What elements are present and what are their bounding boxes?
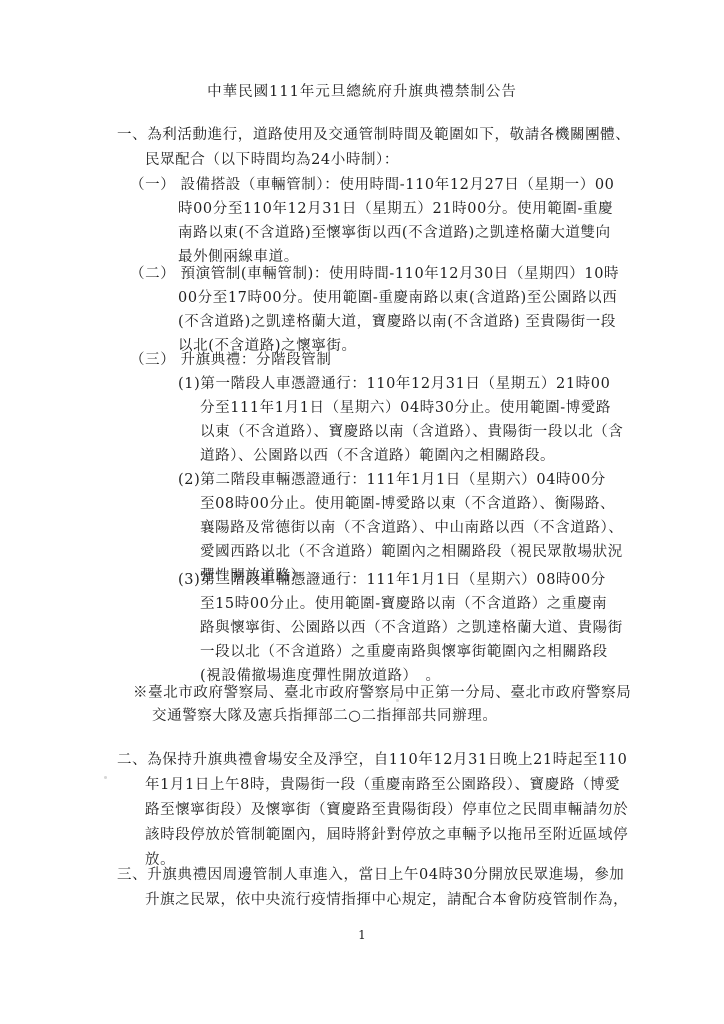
document-title: 中華民國111年元旦總統府升旗典禮禁制公告 bbox=[0, 80, 724, 101]
document-page: 中華民國111年元旦總統府升旗典禮禁制公告 一、為利活動進行，道路使用及交通管制… bbox=[0, 0, 724, 1024]
stage-3-line-4: 一段以北（不含道路）之重慶南路與懷寧街範圍內之相關路段 bbox=[200, 642, 608, 662]
stage-2-line-3: 襄陽路及常德街以南（不含道路）、中山南路以西（不含道路）、 bbox=[200, 518, 623, 538]
stage-3-line-3: 路與懷寧街、公園路以西（不含道路）之凱達格蘭大道、貴陽街 bbox=[200, 618, 623, 638]
section-2-line-3: 路至懷寧街段）及懷寧街（寶慶路至貴陽街段）停車位之民間車輛請勿於 bbox=[145, 800, 628, 820]
stage-2-line-2: 至08時00分止。使用範圍-博愛路以東（不含道路）、衡陽路、 bbox=[200, 494, 615, 514]
scan-speck bbox=[306, 675, 309, 678]
stage-1-line-2: 分至111年1月1日（星期六）04時30分止。使用範圍-博愛路 bbox=[200, 398, 611, 418]
stage-2-line-4: 愛國西路以北（不含道路）範圍內之相關路段（視民眾散場狀況 bbox=[200, 542, 623, 562]
section-2-line-4: 該時段停放於管制範圍內，屆時將針對停放之車輛予以拖吊至附近區域停 bbox=[145, 825, 628, 845]
subsection-1-line-2: 時00分至110年12月31日（星期五）21時00分。使用範圍-重慶 bbox=[178, 199, 613, 219]
section-2-line-1: 二、為保持升旗典禮會場安全及淨空，自110年12月31日晚上21時起至110 bbox=[117, 750, 628, 770]
stage-3-line-1: (3)第三階段車輛憑證通行：111年1月1日（星期六）08時00分 bbox=[178, 570, 606, 590]
stage-2-line-1: (2)第二階段車輛憑證通行：111年1月1日（星期六）04時00分 bbox=[178, 470, 606, 490]
note-line-2: 交通警察大隊及憲兵指揮部二○二指揮部共同辦理。 bbox=[152, 706, 497, 726]
note-line-1: ※臺北市政府警察局、臺北市政府警察局中正第一分局、臺北市政府警察局 bbox=[133, 683, 631, 703]
subsection-2-line-3: (不含道路)之凱達格蘭大道，寶慶路以南(不含道路) 至貴陽街一段 bbox=[178, 312, 616, 332]
subsection-1-line-1: （一） 設備搭設（車輛管制）：使用時間-110年12月27日（星期一）00 bbox=[130, 175, 614, 195]
subsection-2-line-2: 00分至17時00分。使用範圍-重慶南路以東(含道路)至公園路以西 bbox=[178, 288, 617, 308]
stage-3-line-2: 至15時00分止。使用範圍-寶慶路以南（不含道路）之重慶南 bbox=[200, 594, 607, 614]
stage-1-line-4: 道路）、公園路以西（不含道路）範圍內之相關路段。 bbox=[200, 446, 555, 466]
scan-speck bbox=[104, 776, 107, 779]
stage-1-line-1: (1)第一階段人車憑證通行：110年12月31日（星期五）21時00 bbox=[178, 374, 610, 394]
subsection-2-line-1: （二） 預演管制(車輛管制)：使用時間-110年12月30日（星期四）10時 bbox=[130, 264, 619, 284]
scan-speck bbox=[396, 699, 399, 702]
scan-speck bbox=[372, 672, 375, 675]
section-1-line-1: 一、為利活動進行，道路使用及交通管制時間及範圍如下，敬請各機關團體、 bbox=[117, 125, 630, 145]
section-3-line-2: 升旗之民眾，依中央流行疫情指揮中心規定，請配合本會防疫管制作為， bbox=[145, 890, 628, 910]
stage-1-line-3: 以東（不含道路）、寶慶路以南（含道路）、貴陽街一段以北（含 bbox=[200, 422, 623, 442]
subsection-3-line-1: （三） 升旗典禮：分階段管制 bbox=[130, 350, 332, 370]
section-1-line-2: 民眾配合（以下時間均為24小時制）： bbox=[145, 150, 399, 170]
scan-speck bbox=[458, 708, 461, 711]
page-number: 1 bbox=[0, 928, 724, 942]
section-3-line-1: 三、升旗典禮因周邊管制人車進入，當日上午04時30分開放民眾進場，參加 bbox=[117, 865, 624, 885]
section-2-line-2: 年1月1日上午8時，貴陽街一段（重慶南路至公園路段）、寶慶路（博愛 bbox=[145, 775, 620, 795]
subsection-1-line-3: 南路以東(不含道路)至懷寧街以西(不含道路)之凱達格蘭大道雙向 bbox=[178, 223, 611, 243]
